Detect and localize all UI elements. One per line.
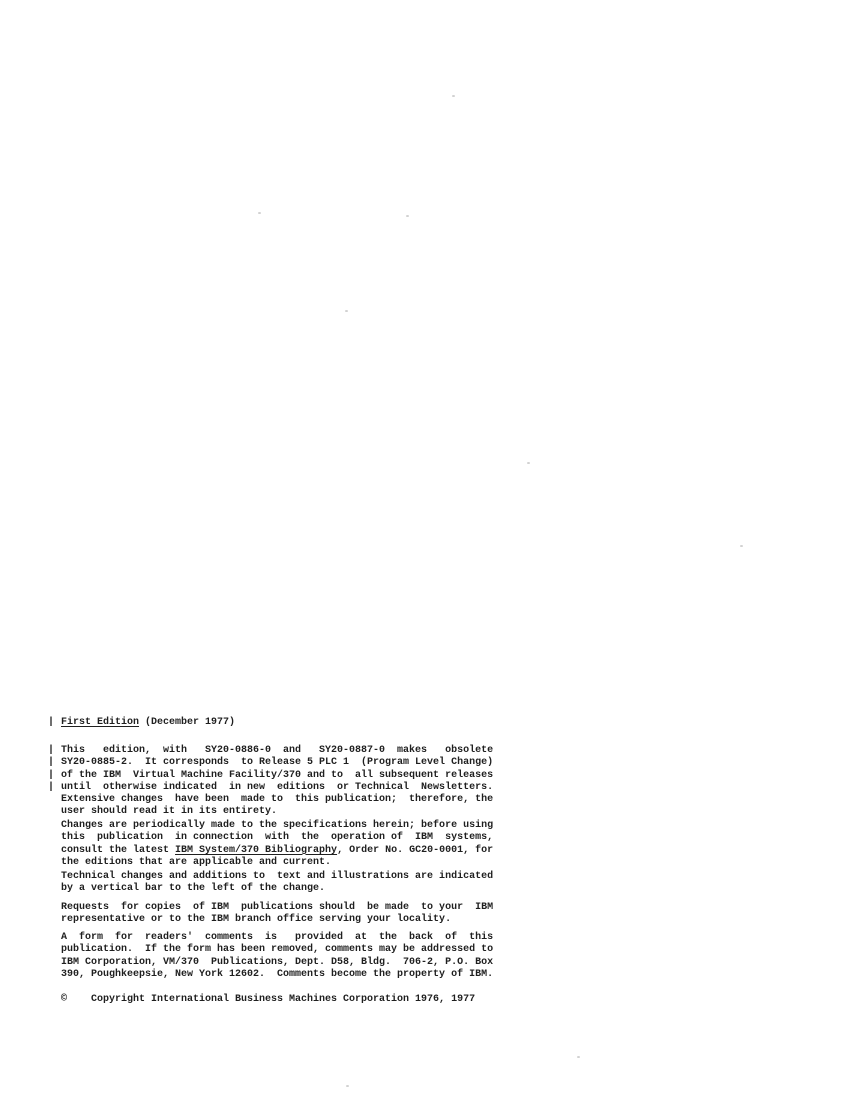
scan-speck — [406, 215, 409, 217]
text-line: © Copyright International Business Machi… — [61, 994, 475, 1006]
text-segment: publication. If the form has been remove… — [61, 944, 493, 955]
change-bar: | — [48, 717, 54, 729]
text-segment: of the IBM Virtual Machine Facility/370 … — [61, 770, 493, 781]
text-segment: © Copyright International Business Machi… — [61, 994, 475, 1005]
text-segment: A form for readers' comments is provided… — [61, 932, 493, 943]
text-line: consult the latest IBM System/370 Biblio… — [61, 845, 493, 857]
text-segment: Technical changes and additions to text … — [61, 871, 493, 882]
scanned-document-page: |First Edition (December 1977)|This edit… — [0, 0, 849, 1100]
scan-speck — [452, 95, 455, 97]
text-line: user should read it in its entirety. — [61, 806, 493, 818]
text-segment: user should read it in its entirety. — [61, 806, 277, 817]
edition-notice: |First Edition (December 1977) — [61, 717, 235, 729]
scan-speck — [346, 1085, 349, 1087]
text-line: by a vertical bar to the left of the cha… — [61, 883, 493, 895]
text-line: IBM Corporation, VM/370 Publications, De… — [61, 957, 493, 969]
technical-changes-note: Technical changes and additions to text … — [61, 871, 493, 896]
text-line: representative or to the IBM branch offi… — [61, 914, 493, 926]
text-segment: Requests for copies of IBM publications … — [61, 902, 493, 913]
specifications-changes-note: Changes are periodically made to the spe… — [61, 820, 493, 869]
text-line: |until otherwise indicated in new editio… — [61, 782, 493, 794]
scan-speck — [577, 1056, 580, 1058]
text-line: Requests for copies of IBM publications … — [61, 902, 493, 914]
text-segment: this publication in connection with the … — [61, 832, 493, 843]
readers-comments-note: A form for readers' comments is provided… — [61, 932, 493, 981]
text-segment: until otherwise indicated in new edition… — [61, 782, 493, 793]
text-line: Changes are periodically made to the spe… — [61, 820, 493, 832]
text-line: publication. If the form has been remove… — [61, 944, 493, 956]
text-line: 390, Poughkeepsie, New York 12602. Comme… — [61, 969, 493, 981]
text-segment: 390, Poughkeepsie, New York 12602. Comme… — [61, 969, 493, 980]
text-line: A form for readers' comments is provided… — [61, 932, 493, 944]
text-line: |of the IBM Virtual Machine Facility/370… — [61, 770, 493, 782]
scan-speck — [527, 462, 530, 464]
text-segment: the editions that are applicable and cur… — [61, 857, 331, 868]
copyright-line: © Copyright International Business Machi… — [61, 994, 475, 1006]
underlined-text: IBM System/370 Bibliography — [175, 845, 337, 856]
scan-speck — [345, 310, 348, 312]
text-line: Technical changes and additions to text … — [61, 871, 493, 883]
copies-request-note: Requests for copies of IBM publications … — [61, 902, 493, 927]
text-segment: (December 1977) — [139, 717, 235, 728]
text-segment: This edition, with SY20-0886-0 and SY20-… — [61, 745, 493, 756]
text-line: this publication in connection with the … — [61, 832, 493, 844]
text-line: |This edition, with SY20-0886-0 and SY20… — [61, 745, 493, 757]
edition-description: |This edition, with SY20-0886-0 and SY20… — [61, 745, 493, 819]
scan-speck — [740, 545, 743, 547]
text-segment: SY20-0885-2. It corresponds to Release 5… — [61, 757, 493, 768]
text-line: |First Edition (December 1977) — [61, 717, 235, 729]
change-bar: | — [48, 745, 54, 757]
text-line: the editions that are applicable and cur… — [61, 857, 493, 869]
text-line: Extensive changes have been made to this… — [61, 794, 493, 806]
text-segment: representative or to the IBM branch offi… — [61, 914, 451, 925]
change-bar: | — [48, 757, 54, 769]
text-segment: Changes are periodically made to the spe… — [61, 820, 493, 831]
text-segment: , Order No. GC20-0001, for — [337, 845, 493, 856]
text-segment: IBM Corporation, VM/370 Publications, De… — [61, 957, 493, 968]
text-line: |SY20-0885-2. It corresponds to Release … — [61, 757, 493, 769]
text-segment: consult the latest — [61, 845, 175, 856]
change-bar: | — [48, 782, 54, 794]
change-bar: | — [48, 770, 54, 782]
underlined-text: First Edition — [61, 717, 139, 728]
text-segment: by a vertical bar to the left of the cha… — [61, 883, 325, 894]
text-segment: Extensive changes have been made to this… — [61, 794, 493, 805]
scan-speck — [258, 212, 261, 214]
